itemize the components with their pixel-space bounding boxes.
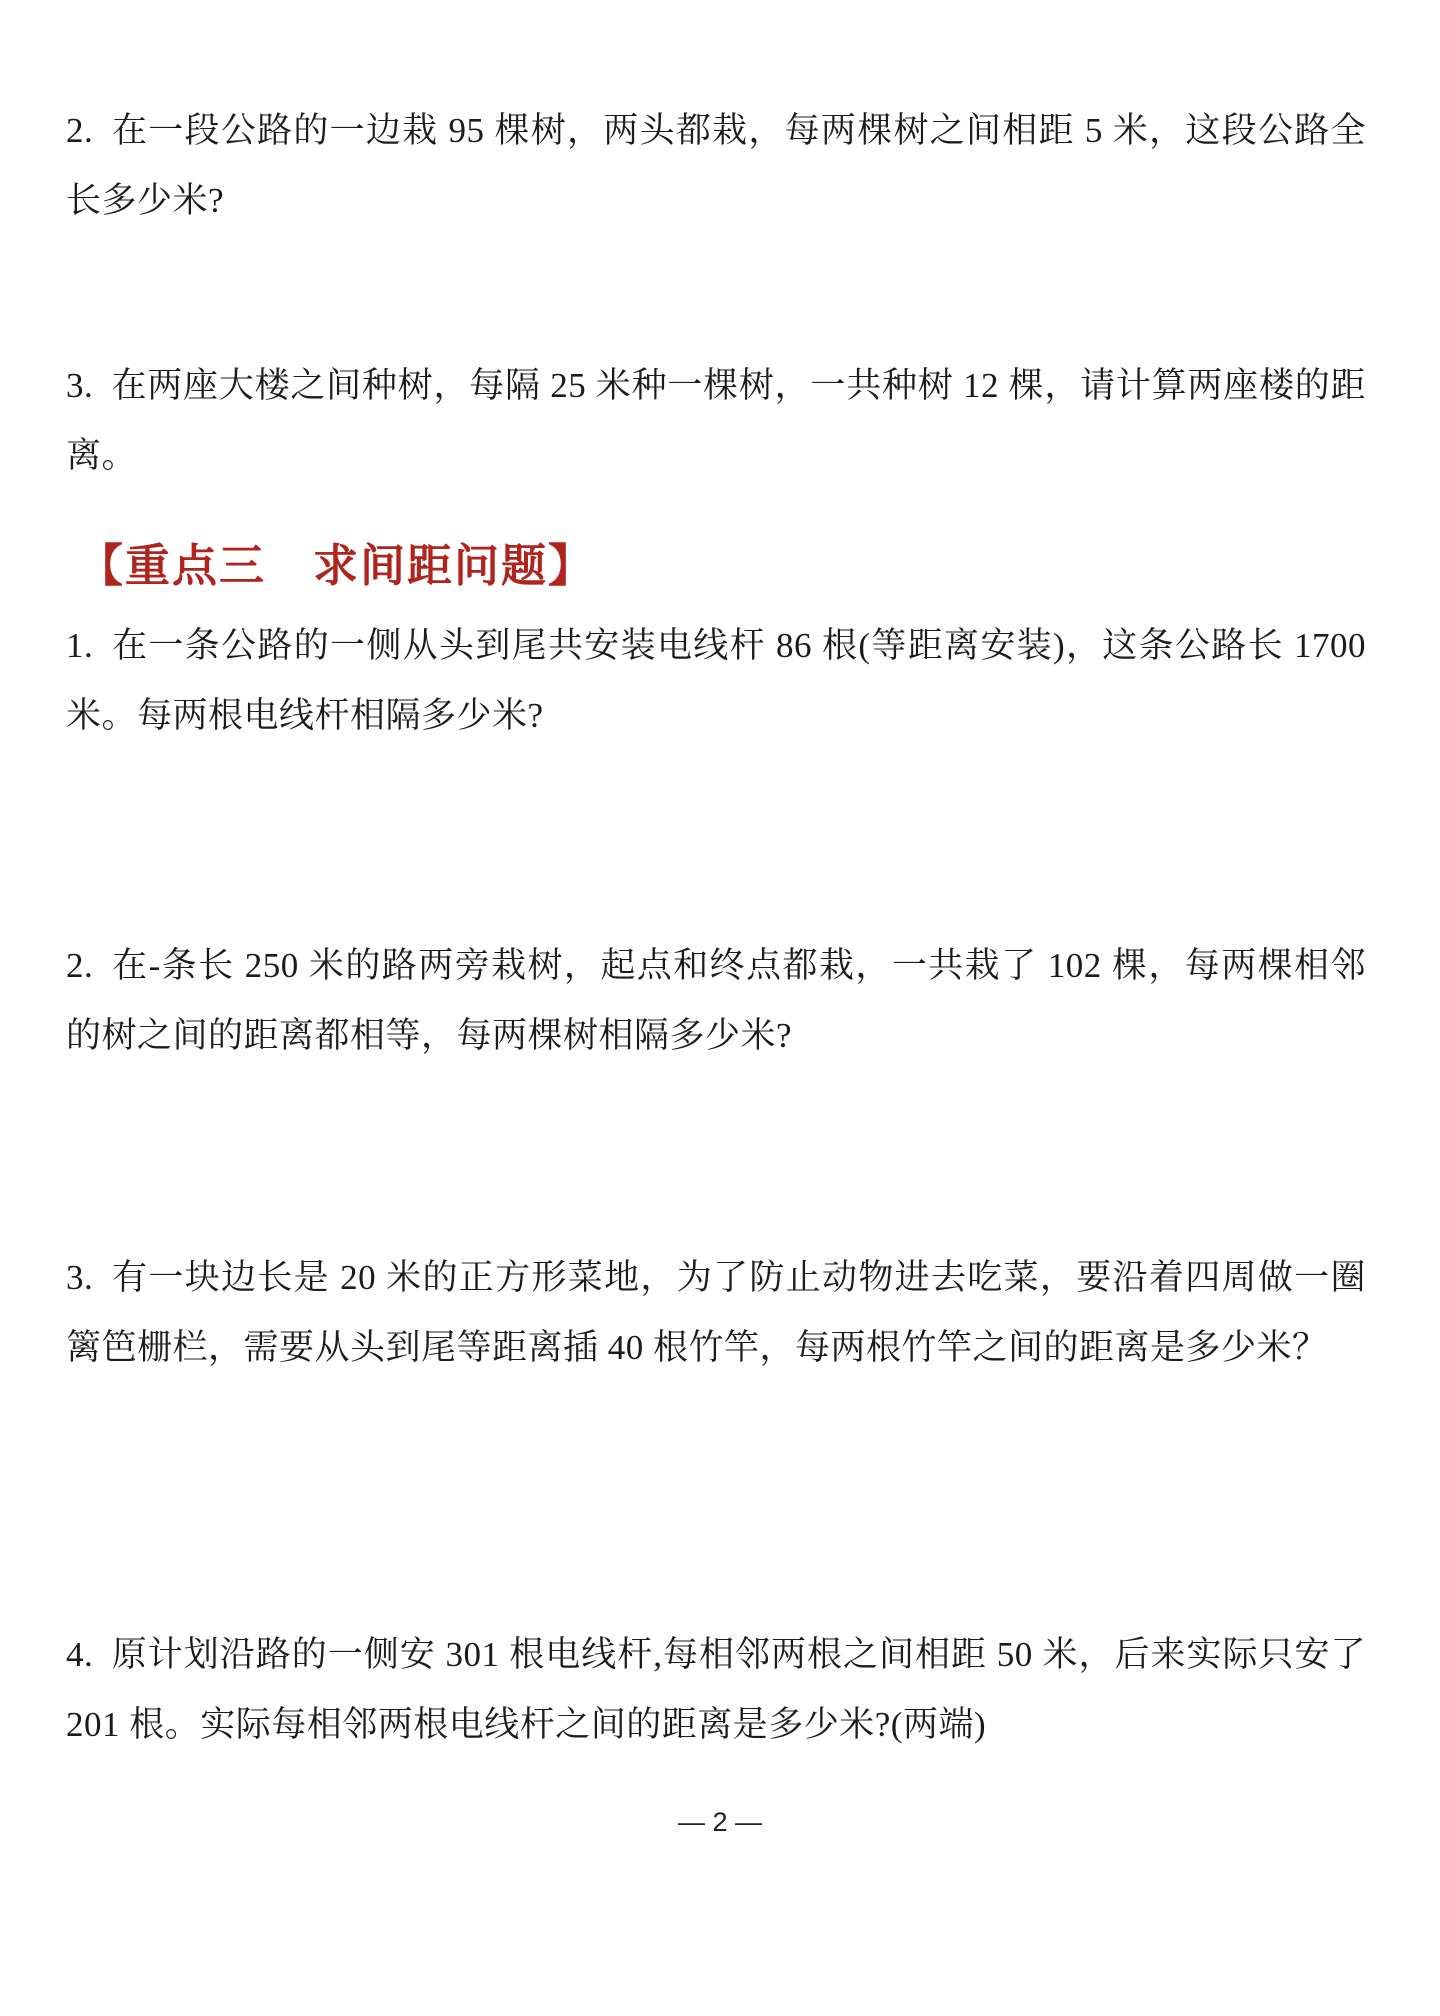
section-problem-4: 4.原计划沿路的一侧安 301 根电线杆,每相邻两根之间相距 50 米，后来实际…: [66, 1620, 1366, 1760]
problem-number: 3.: [66, 1243, 93, 1313]
problem-number: 2.: [66, 96, 93, 166]
problem-text: 在一段公路的一边栽 95 棵树，两头都栽，每两棵树之间相距 5 米，这段公路全长…: [66, 111, 1366, 220]
problem-number: 3.: [66, 351, 93, 421]
problem-number: 2.: [66, 931, 93, 1001]
section-problem-2: 2.在-条长 250 米的路两旁栽树，起点和终点都栽，一共栽了 102 棵，每两…: [66, 931, 1366, 1071]
worksheet-page: 2.在一段公路的一边栽 95 棵树，两头都栽，每两棵树之间相距 5 米，这段公路…: [0, 0, 1440, 2016]
intro-problem-3: 3.在两座大楼之间种树，每隔 25 米种一棵树，一共种树 12 棵，请计算两座楼…: [66, 351, 1366, 491]
intro-problem-2: 2.在一段公路的一边栽 95 棵树，两头都栽，每两棵树之间相距 5 米，这段公路…: [66, 96, 1366, 236]
problem-number: 4.: [66, 1620, 93, 1690]
section-heading: 【重点三 求间距问题】: [78, 538, 1378, 594]
problem-text: 在-条长 250 米的路两旁栽树，起点和终点都栽，一共栽了 102 棵，每两棵相…: [66, 946, 1366, 1055]
section-problem-3: 3.有一块边长是 20 米的正方形菜地，为了防止动物进去吃菜，要沿着四周做一圈篱…: [66, 1243, 1366, 1383]
problem-text: 在一条公路的一侧从头到尾共安装电线杆 86 根(等距离安装)，这条公路长 170…: [66, 626, 1366, 735]
page-number: — 2 —: [0, 1806, 1440, 1838]
problem-text: 在两座大楼之间种树，每隔 25 米种一棵树，一共种树 12 棵，请计算两座楼的距…: [66, 366, 1366, 475]
section-problem-1: 1.在一条公路的一侧从头到尾共安装电线杆 86 根(等距离安装)，这条公路长 1…: [66, 611, 1366, 751]
problem-text: 有一块边长是 20 米的正方形菜地，为了防止动物进去吃菜，要沿着四周做一圈篱笆栅…: [66, 1258, 1366, 1367]
problem-text: 原计划沿路的一侧安 301 根电线杆,每相邻两根之间相距 50 米，后来实际只安…: [66, 1635, 1366, 1744]
problem-number: 1.: [66, 611, 93, 681]
